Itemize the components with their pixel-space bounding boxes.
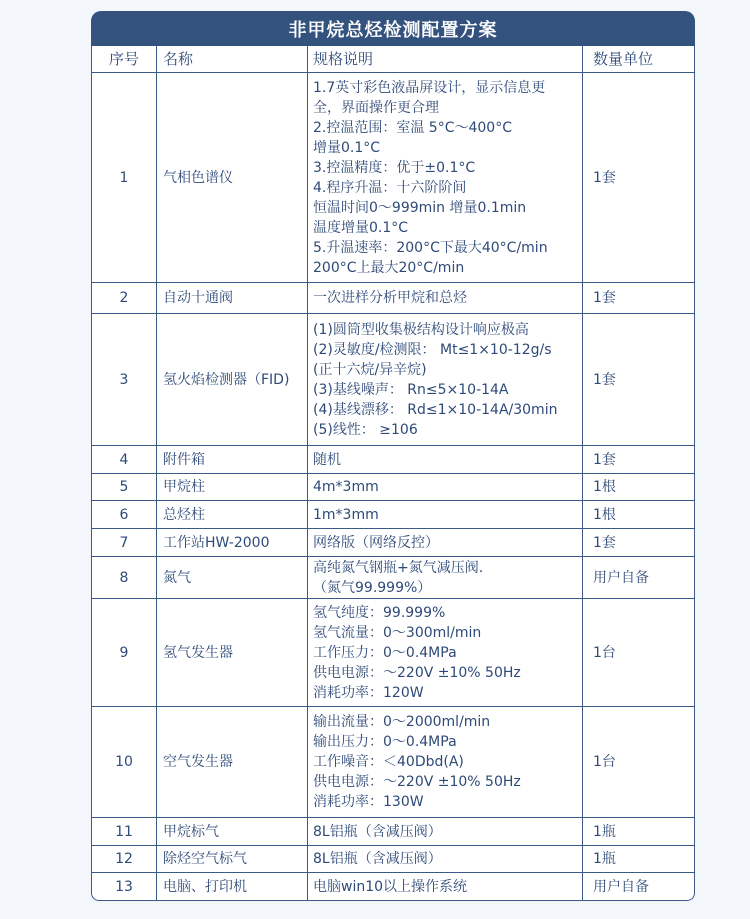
spec-line: 输出压力：0～0.4MPa — [313, 732, 579, 752]
item-name: 气相色谱仪 — [157, 73, 308, 283]
table-row: 12除烃空气标气8L铝瓶（含减压阀）1瓶 — [92, 846, 694, 873]
table-body: 1气相色谱仪1.7英寸彩色液晶屏设计，显示信息更全，界面操作更合理2.控温范围：… — [92, 73, 694, 900]
spec-line: 增量0.1°C — [313, 138, 579, 158]
item-name: 氮气 — [157, 557, 308, 599]
spec-line: 1m*3mm — [313, 505, 579, 525]
item-quantity: 1瓶 — [583, 818, 694, 846]
row-number: 5 — [92, 474, 157, 501]
spec-line: 全，界面操作更合理 — [313, 98, 579, 118]
spec-line: 温度增量0.1°C — [313, 218, 579, 238]
spec-line: 200°C上最大20°C/min — [313, 258, 579, 278]
spec-line: 4.程序升温：十六阶阶间 — [313, 178, 579, 198]
spec-line: 工作噪音：＜40Dbd(A) — [313, 752, 579, 772]
item-quantity: 1套 — [583, 529, 694, 557]
spec-line: (3)基线噪声： Rn≤5×10-14A — [313, 380, 579, 400]
item-spec: 氢气纯度：99.999%氢气流量：0～300ml/min工作压力：0～0.4MP… — [308, 599, 583, 707]
spec-line: 5.升温速率：200°C下最大40°C/min — [313, 238, 579, 258]
column-header-spec: 规格说明 — [308, 46, 583, 73]
column-header-no: 序号 — [92, 46, 157, 73]
item-spec: 8L铝瓶（含减压阀） — [308, 818, 583, 846]
table-row: 8氮气高纯氮气钢瓶+氮气减压阀.（氮气99.999%）用户自备 — [92, 557, 694, 599]
table-row: 1气相色谱仪1.7英寸彩色液晶屏设计，显示信息更全，界面操作更合理2.控温范围：… — [92, 73, 694, 283]
table-row: 6总烃柱1m*3mm1根 — [92, 501, 694, 529]
row-number: 1 — [92, 73, 157, 283]
spec-line: (4)基线漂移： Rd≤1×10-14A/30min — [313, 400, 579, 420]
spec-line: 恒温时间0～999min 增量0.1min — [313, 198, 579, 218]
item-name: 电脑、打印机 — [157, 873, 308, 900]
spec-line: 氢气流量：0～300ml/min — [313, 623, 579, 643]
spec-line: (5)线性： ≥106 — [313, 420, 579, 440]
row-number: 8 — [92, 557, 157, 599]
config-table-container: 非甲烷总烃检测配置方案 序号 名称 规格说明 数量单位 1气相色谱仪1.7英寸彩… — [91, 11, 695, 901]
row-number: 2 — [92, 283, 157, 314]
item-name: 总烃柱 — [157, 501, 308, 529]
item-spec: 一次进样分析甲烷和总烃 — [308, 283, 583, 314]
item-quantity: 1套 — [583, 283, 694, 314]
table-row: 3氢火焰检测器（FID)(1)圆筒型收集极结构设计响应极高(2)灵敏度/检测限：… — [92, 314, 694, 446]
spec-line: 工作压力：0～0.4MPa — [313, 643, 579, 663]
row-number: 3 — [92, 314, 157, 446]
item-spec: 1.7英寸彩色液晶屏设计，显示信息更全，界面操作更合理2.控温范围：室温 5°C… — [308, 73, 583, 283]
spec-line: 一次进样分析甲烷和总烃 — [313, 288, 579, 308]
spec-line: 2.控温范围：室温 5°C～400°C — [313, 118, 579, 138]
item-name: 空气发生器 — [157, 707, 308, 818]
table-row: 9氢气发生器氢气纯度：99.999%氢气流量：0～300ml/min工作压力：0… — [92, 599, 694, 707]
spec-line: 电脑win10以上操作系统 — [313, 877, 579, 897]
item-quantity: 1根 — [583, 474, 694, 501]
spec-line: (1)圆筒型收集极结构设计响应极高 — [313, 320, 579, 340]
item-spec: 网络版（网络反控） — [308, 529, 583, 557]
item-spec: 1m*3mm — [308, 501, 583, 529]
spec-line: (2)灵敏度/检测限： Mt≤1×10-12g/s — [313, 340, 579, 360]
spec-line: 随机 — [313, 450, 579, 470]
row-number: 11 — [92, 818, 157, 846]
row-number: 4 — [92, 446, 157, 474]
item-quantity: 1根 — [583, 501, 694, 529]
item-spec: 高纯氮气钢瓶+氮气减压阀.（氮气99.999%） — [308, 557, 583, 599]
row-number: 13 — [92, 873, 157, 900]
item-name: 除烃空气标气 — [157, 846, 308, 873]
item-spec: 电脑win10以上操作系统 — [308, 873, 583, 900]
item-spec: 随机 — [308, 446, 583, 474]
spec-line: 供电电源：～220V ±10% 50Hz — [313, 663, 579, 683]
item-quantity: 1台 — [583, 599, 694, 707]
item-name: 甲烷柱 — [157, 474, 308, 501]
row-number: 12 — [92, 846, 157, 873]
item-quantity: 1套 — [583, 314, 694, 446]
row-number: 9 — [92, 599, 157, 707]
spec-line: 1.7英寸彩色液晶屏设计，显示信息更 — [313, 78, 579, 98]
item-spec: 8L铝瓶（含减压阀） — [308, 846, 583, 873]
table-row: 7工作站HW-2000网络版（网络反控）1套 — [92, 529, 694, 557]
table-row: 10空气发生器输出流量：0～2000ml/min输出压力：0～0.4MPa工作噪… — [92, 707, 694, 818]
column-header-name: 名称 — [157, 46, 308, 73]
item-name: 氢火焰检测器（FID) — [157, 314, 308, 446]
item-name: 自动十通阀 — [157, 283, 308, 314]
item-spec: 输出流量：0～2000ml/min输出压力：0～0.4MPa工作噪音：＜40Db… — [308, 707, 583, 818]
spec-line: (正十六烷/异辛烷) — [313, 360, 579, 380]
spec-line: （氮气99.999%） — [313, 578, 579, 598]
item-quantity: 1台 — [583, 707, 694, 818]
spec-line: 高纯氮气钢瓶+氮气减压阀. — [313, 558, 579, 578]
item-quantity: 1套 — [583, 446, 694, 474]
table-title: 非甲烷总烃检测配置方案 — [91, 11, 695, 46]
row-number: 6 — [92, 501, 157, 529]
item-spec: 4m*3mm — [308, 474, 583, 501]
item-spec: (1)圆筒型收集极结构设计响应极高(2)灵敏度/检测限： Mt≤1×10-12g… — [308, 314, 583, 446]
spec-line: 8L铝瓶（含减压阀） — [313, 822, 579, 842]
table-row: 13电脑、打印机电脑win10以上操作系统用户自备 — [92, 873, 694, 900]
item-quantity: 用户自备 — [583, 557, 694, 599]
table-header-row: 序号 名称 规格说明 数量单位 — [92, 46, 694, 73]
spec-line: 消耗功率：120W — [313, 683, 579, 703]
spec-line: 氢气纯度：99.999% — [313, 603, 579, 623]
row-number: 7 — [92, 529, 157, 557]
table-row: 11甲烷标气8L铝瓶（含减压阀）1瓶 — [92, 818, 694, 846]
spec-line: 消耗功率：130W — [313, 792, 579, 812]
item-name: 氢气发生器 — [157, 599, 308, 707]
spec-line: 网络版（网络反控） — [313, 533, 579, 553]
spec-line: 4m*3mm — [313, 477, 579, 497]
item-name: 附件箱 — [157, 446, 308, 474]
item-name: 工作站HW-2000 — [157, 529, 308, 557]
item-quantity: 1瓶 — [583, 846, 694, 873]
spec-line: 8L铝瓶（含减压阀） — [313, 849, 579, 869]
row-number: 10 — [92, 707, 157, 818]
table-row: 5甲烷柱4m*3mm1根 — [92, 474, 694, 501]
spec-line: 3.控温精度：优于±0.1°C — [313, 158, 579, 178]
table-row: 2自动十通阀一次进样分析甲烷和总烃1套 — [92, 283, 694, 314]
table-row: 4附件箱随机1套 — [92, 446, 694, 474]
spec-line: 输出流量：0～2000ml/min — [313, 712, 579, 732]
config-table: 序号 名称 规格说明 数量单位 1气相色谱仪1.7英寸彩色液晶屏设计，显示信息更… — [91, 46, 695, 901]
item-quantity: 用户自备 — [583, 873, 694, 900]
column-header-qty: 数量单位 — [583, 46, 694, 73]
item-name: 甲烷标气 — [157, 818, 308, 846]
item-quantity: 1套 — [583, 73, 694, 283]
spec-line: 供电电源：～220V ±10% 50Hz — [313, 772, 579, 792]
